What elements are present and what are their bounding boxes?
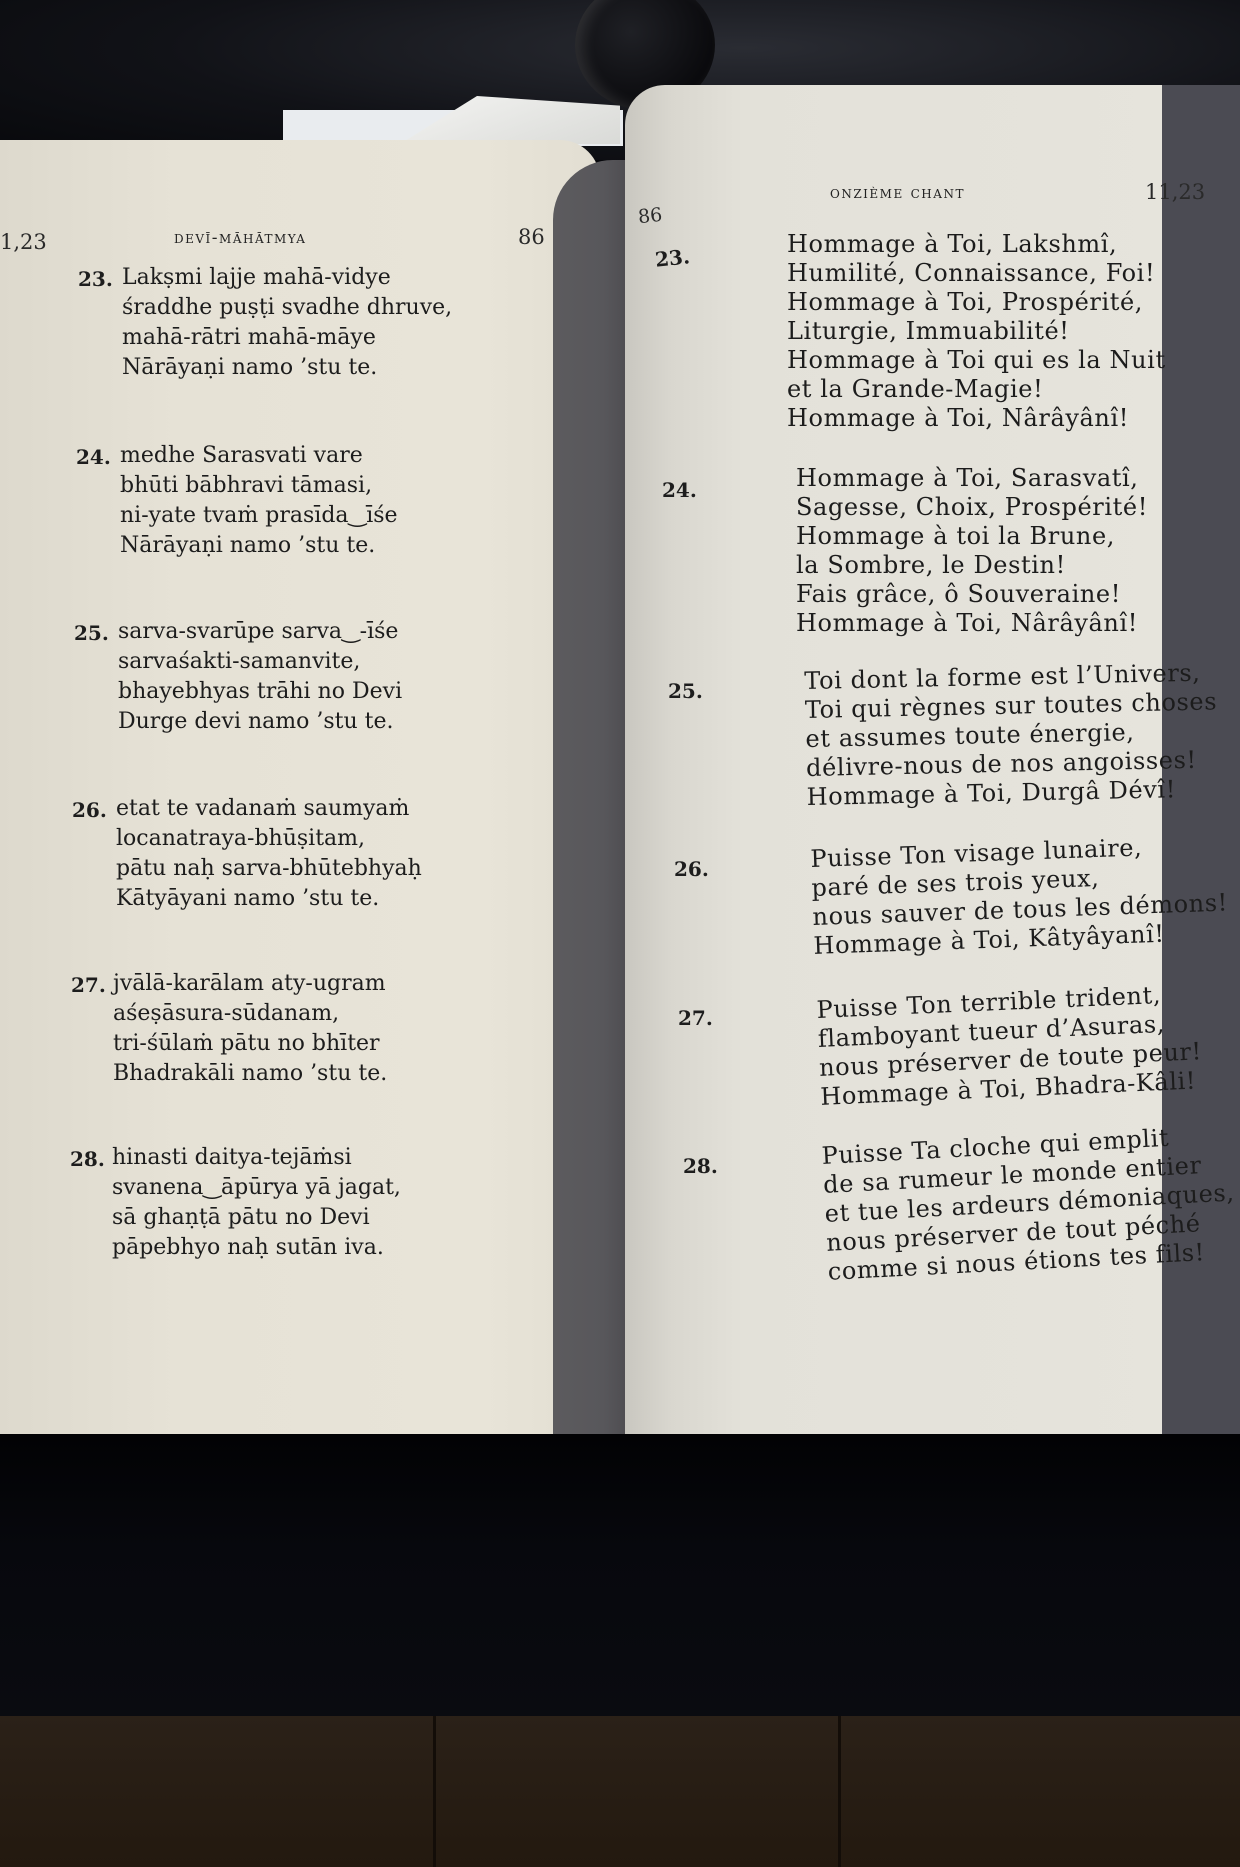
verse-line: locanatraya-bhūṣitam, bbox=[116, 824, 422, 854]
verse-line: Bhadrakāli namo ’stu te. bbox=[113, 1059, 387, 1089]
verse-line: la Sombre, le Destin! bbox=[796, 551, 1148, 580]
sanskrit-stanza-28: 28. hinasti daitya-tejāṁsi svanena‿āpūry… bbox=[70, 1143, 401, 1263]
right-running-head: ONZIÈME CHANT bbox=[830, 183, 965, 203]
verse-line: tri-śūlaṁ pātu no bhīter bbox=[113, 1029, 387, 1059]
left-section-ref: 1,23 bbox=[0, 230, 47, 254]
verse-line: Hommage à toi la Brune, bbox=[796, 522, 1148, 551]
verse-line: mahā-rātri mahā-māye bbox=[122, 323, 452, 353]
verse-line: jvālā-karālam aty-ugram bbox=[113, 969, 387, 999]
verse-line: Hommage à Toi, Sarasvatî, bbox=[796, 464, 1148, 493]
verse-line: svanena‿āpūrya yā jagat, bbox=[112, 1173, 401, 1203]
verse-line: pātu naḥ sarva-bhūtebhyaḥ bbox=[116, 854, 422, 884]
verse-line: Fais grâce, ô Souveraine! bbox=[796, 580, 1148, 609]
sanskrit-stanza-26: 26. etat te vadanaṁ saumyaṁ locanatraya-… bbox=[72, 794, 422, 914]
stanza-number: 28. bbox=[70, 1147, 105, 1171]
french-stanza-23: 23. Hommage à Toi, Lakshmî, Humilité, Co… bbox=[655, 230, 1166, 433]
french-stanza-25: 25. Toi dont la forme est l’Univers, Toi… bbox=[668, 667, 1216, 812]
sanskrit-stanza-25: 25. sarva-svarūpe sarva‿-īśe sarvaśakti-… bbox=[74, 617, 402, 737]
verse-line: śraddhe puṣṭi svadhe dhruve, bbox=[122, 293, 452, 323]
sanskrit-stanza-24: 24. medhe Sarasvati vare bhūti bābhravi … bbox=[76, 441, 398, 561]
stanza-number: 27. bbox=[71, 973, 106, 997]
verse-line: Hommage à Toi, Prospérité, bbox=[787, 288, 1166, 317]
left-running-head: DEVĪ-MĀHĀTMYA bbox=[174, 228, 306, 248]
wooden-floor bbox=[0, 1716, 1240, 1867]
stanza-number: 28. bbox=[683, 1154, 718, 1178]
sanskrit-stanza-27: 27. jvālā-karālam aty-ugram aśeṣāsura-sū… bbox=[71, 969, 387, 1089]
right-page-number: 86 bbox=[637, 204, 663, 228]
verse-line: medhe Sarasvati vare bbox=[120, 441, 398, 471]
stanza-number: 24. bbox=[662, 478, 697, 502]
stanza-number: 26. bbox=[72, 798, 107, 822]
verse-line: Humilité, Connaissance, Foi! bbox=[787, 259, 1166, 288]
verse-line: Sagesse, Choix, Prospérité! bbox=[796, 493, 1148, 522]
french-stanza-28: 28. Puisse Ta cloche qui emplit de sa ru… bbox=[683, 1142, 1231, 1287]
verse-line: hinasti daitya-tejāṁsi bbox=[112, 1143, 401, 1173]
verse-line: Lakṣmi lajje mahā-vidye bbox=[122, 263, 452, 293]
verse-line: Durge devi namo ’stu te. bbox=[118, 707, 402, 737]
verse-line: Liturgie, Immuabilité! bbox=[787, 317, 1166, 346]
right-section-ref: 11,23 bbox=[1145, 180, 1205, 204]
verse-line: et la Grande-Magie! bbox=[787, 375, 1166, 404]
sanskrit-stanza-23: 23. Lakṣmi lajje mahā-vidye śraddhe puṣṭ… bbox=[78, 263, 452, 383]
verse-line: bhūti bābhravi tāmasi, bbox=[120, 471, 398, 501]
french-stanza-27: 27. Puisse Ton terrible trident, flamboy… bbox=[678, 996, 1199, 1112]
leather-background-bottom bbox=[0, 1434, 1240, 1716]
verse-line: Hommage à Toi, Nârâyânî! bbox=[796, 609, 1148, 638]
stanza-number: 27. bbox=[678, 1006, 713, 1030]
floor-seam bbox=[433, 1716, 436, 1867]
floor-seam bbox=[838, 1716, 841, 1867]
verse-line: Hommage à Toi, Nârâyânî! bbox=[787, 404, 1166, 433]
verse-line: sarva-svarūpe sarva‿-īśe bbox=[118, 617, 402, 647]
french-stanza-26: 26. Puisse Ton visage lunaire, paré de s… bbox=[674, 845, 1226, 961]
verse-line: Hommage à Toi, Lakshmî, bbox=[787, 230, 1166, 259]
french-stanza-24: 24. Hommage à Toi, Sarasvatî, Sagesse, C… bbox=[662, 464, 1148, 638]
stanza-number: 23. bbox=[654, 244, 691, 272]
verse-line: Kātyāyani namo ’stu te. bbox=[116, 884, 422, 914]
verse-line: sā ghaṇṭā pātu no Devi bbox=[112, 1203, 401, 1233]
stanza-number: 25. bbox=[668, 679, 703, 703]
verse-line: etat te vadanaṁ saumyaṁ bbox=[116, 794, 422, 824]
verse-line: Nārāyaṇi namo ’stu te. bbox=[122, 353, 452, 383]
left-page-number: 86 bbox=[518, 225, 545, 249]
verse-line: Hommage à Toi qui es la Nuit bbox=[787, 346, 1166, 375]
stanza-number: 23. bbox=[78, 267, 113, 291]
verse-line: bhayebhyas trāhi no Devi bbox=[118, 677, 402, 707]
stanza-number: 26. bbox=[674, 857, 709, 881]
verse-line: ni-yate tvaṁ prasīda‿īśe bbox=[120, 501, 398, 531]
spine-shadow bbox=[553, 160, 625, 1434]
verse-line: aśeṣāsura-sūdanam, bbox=[113, 999, 387, 1029]
verse-line: pāpebhyo naḥ sutān iva. bbox=[112, 1233, 401, 1263]
stanza-number: 25. bbox=[74, 621, 109, 645]
verse-line: Nārāyaṇi namo ’stu te. bbox=[120, 531, 398, 561]
stanza-number: 24. bbox=[76, 445, 111, 469]
verse-line: sarvaśakti-samanvite, bbox=[118, 647, 402, 677]
